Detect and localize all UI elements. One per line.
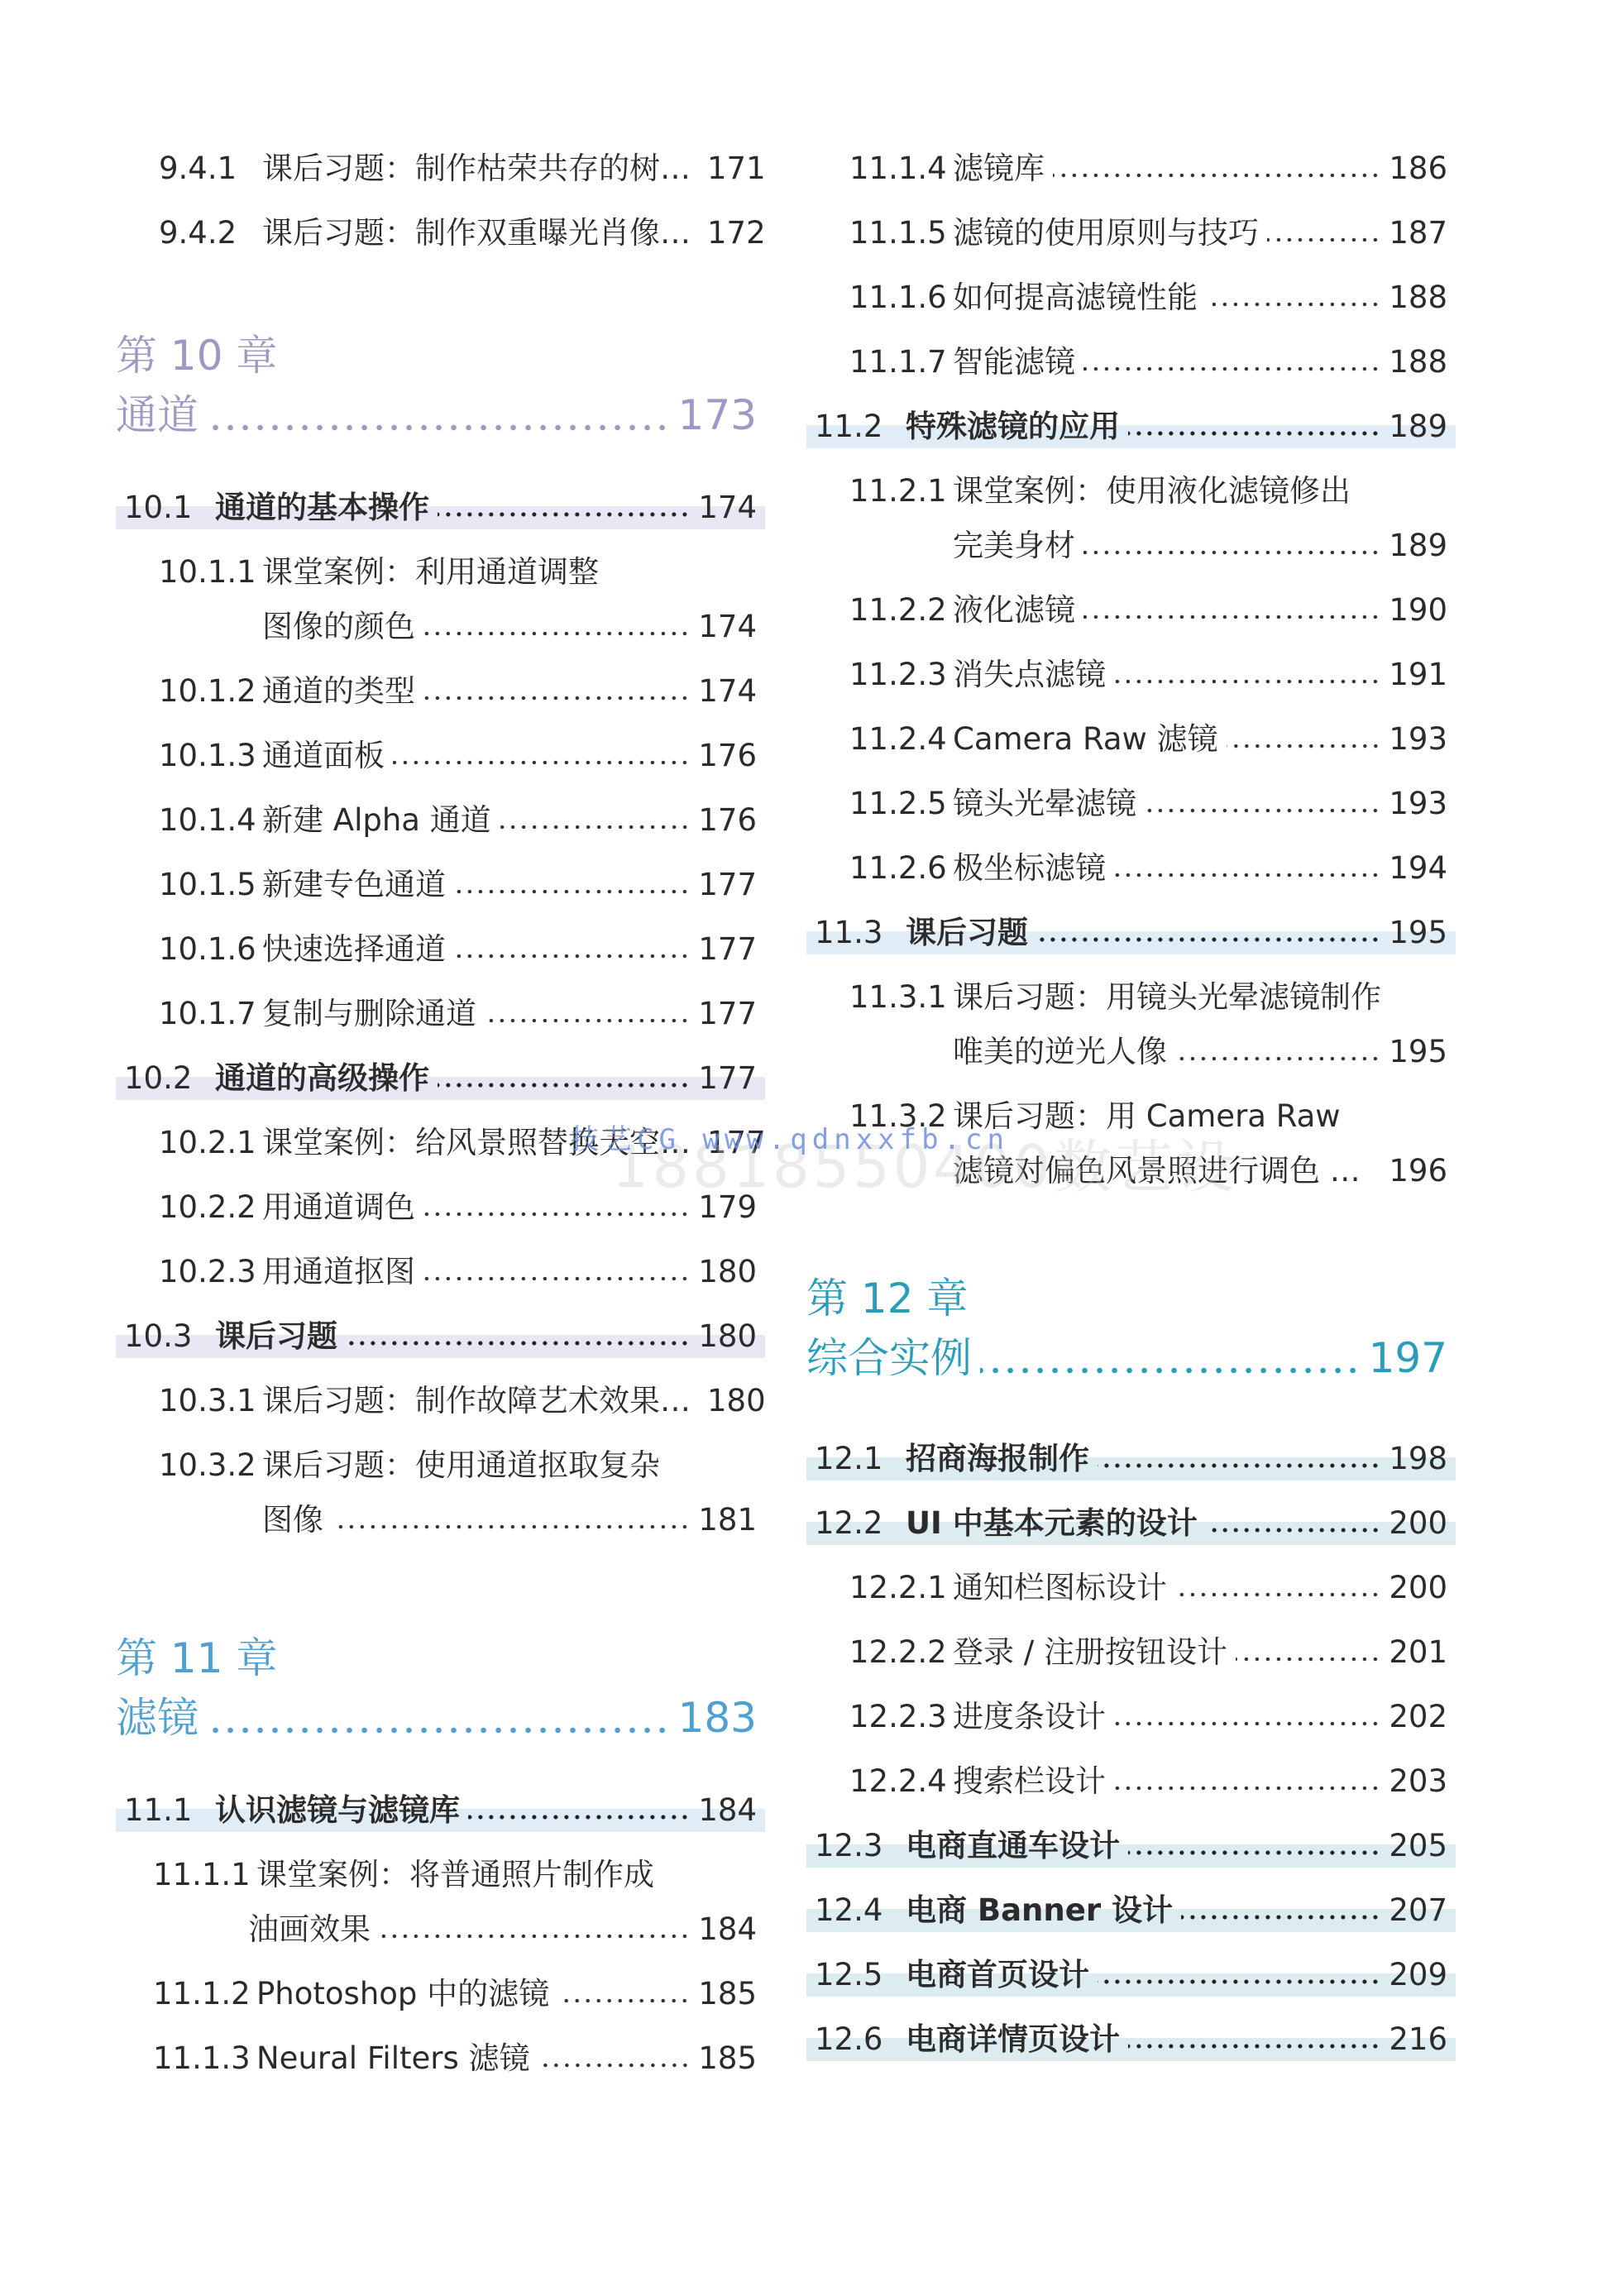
entry-page: 201 [1389,1633,1447,1672]
leader-dots [1083,614,1380,620]
leader-dots [438,1082,690,1088]
leader-dots [485,1017,690,1024]
entry-page: 177 [698,865,757,905]
leader-dots [1175,1055,1380,1062]
entry-title-cont: 完美身材 [953,526,1075,566]
toc-section-10-2[interactable]: 10.2通道的高级操作177 [116,1059,757,1123]
entry-page: 172 [707,213,766,253]
entry-number: 10.2.1 [159,1123,262,1163]
toc-section-12-5[interactable]: 12.5电商首页设计209 [806,1955,1447,2020]
section-number: 12.3 [815,1826,906,1866]
section-page: 174 [698,488,757,528]
toc-entry-11-2-3[interactable]: 11.2.3消失点滤镜191 [806,655,1447,720]
entry-title: 通道的类型 [262,672,415,711]
entry-title: 进度条设计 [953,1697,1106,1737]
section-title: 电商 Banner 设计 [906,1891,1173,1930]
leader-dots [207,1726,670,1734]
leader-dots [538,2062,691,2069]
entry-number: 11.1.2 [153,1974,256,2014]
leader-dots [423,695,690,701]
entry-page: 171 [707,149,766,189]
entry-title: 课堂案例：使用液化滤镜修出 [953,471,1351,511]
leader-dots [1098,1462,1380,1469]
section-title: 课后习题 [906,913,1028,953]
section-title: 通道的基本操作 [215,488,429,528]
entry-title: 滤镜库 [953,149,1045,189]
entry-title-cont: 图像 [262,1500,323,1540]
section-title: 特殊滤镜的应用 [906,407,1120,447]
toc-entry-9-4-2[interactable]: 9.4.2 课后习题：制作双重曝光肖像… 172 [116,213,757,278]
chapter-11-heading[interactable]: 第 11 章 滤镜 183 [116,1634,757,1749]
leader-dots [423,630,690,637]
entry-title: 滤镜的使用原则与技巧 [953,213,1259,253]
leader-dots [1128,430,1380,437]
entry-number: 9.4.2 [159,213,262,253]
toc-entry-10-1-2[interactable]: 10.1.2通道的类型174 [116,672,757,736]
entry-page: 184 [698,1910,757,1949]
chapter-label: 第 11 章 [116,1634,277,1683]
leader-dots [379,1933,690,1940]
entry-page: 176 [698,736,757,776]
entry-number: 10.3.1 [159,1381,262,1421]
leader-dots [1227,743,1381,749]
toc-section-10-1[interactable]: 10.1 通道的基本操作 174 [116,488,757,552]
section-page: 180 [698,1317,757,1356]
leader-dots [500,824,691,830]
entry-page: 195 [1389,1032,1447,1072]
chapter-title: 通道 [116,390,199,440]
toc-section-12-1[interactable]: 12.1招商海报制作198 [806,1439,1447,1504]
section-page: 198 [1389,1439,1447,1479]
watermark-text: 技艺CG www.qdnxxfb.cn [571,1117,1009,1157]
entry-number: 11.3.1 [849,978,953,1017]
section-number: 12.1 [815,1439,906,1479]
entry-page: 202 [1389,1697,1447,1737]
chapter-page: 183 [678,1693,757,1743]
section-title: 通道的高级操作 [215,1059,429,1098]
entry-page: 188 [1389,342,1447,382]
entry-title: Photoshop 中的滤镜 [256,1974,549,2014]
entry-number: 11.2.5 [849,784,953,824]
entry-page: 196 [1389,1151,1447,1191]
entry-page: 186 [1389,149,1447,189]
entry-page: 193 [1389,784,1447,824]
entry-title: 搜索栏设计 [953,1762,1106,1801]
toc-entry-10-3-1[interactable]: 10.3.1课后习题：制作故障艺术效果…180 [116,1381,757,1446]
entry-page: 177 [698,994,757,1034]
entry-page: 187 [1389,213,1447,253]
entry-page: 185 [698,2039,757,2078]
leader-dots [1114,1720,1380,1727]
leader-dots [1114,1785,1380,1791]
entry-number: 11.1.7 [849,342,953,382]
entry-title: 复制与删除通道 [262,994,476,1034]
entry-title: 课后习题：制作双重曝光肖像… [262,213,691,253]
entry-number: 10.3.2 [159,1446,262,1485]
toc-entry-11-1-6[interactable]: 11.1.6如何提高滤镜性能188 [806,278,1447,342]
section-number: 11.1 [124,1791,215,1830]
section-title: 电商直通车设计 [906,1826,1120,1866]
entry-title: 课后习题：制作故障艺术效果… [262,1381,691,1421]
entry-page: 174 [698,607,757,647]
entry-number: 9.4.1 [159,149,262,189]
toc-entry-11-2-4[interactable]: 11.2.4Camera Raw 滤镜193 [806,720,1447,784]
entry-page: 180 [707,1381,766,1421]
leader-dots [1098,1978,1380,1985]
entry-number: 10.1.1 [159,552,262,592]
leader-dots [1267,237,1380,243]
entry-number: 11.2.4 [849,720,953,759]
entry-title: 课堂案例：利用通道调整 [262,552,599,592]
leader-dots [1114,678,1380,685]
toc-entry-12-2-1[interactable]: 12.2.1通知栏图标设计200 [806,1568,1447,1633]
leader-dots [1128,2043,1380,2050]
entry-number: 10.1.5 [159,865,262,905]
entry-number: 11.1.1 [153,1855,256,1895]
entry-page: 188 [1389,278,1447,318]
entry-title: 用通道抠图 [262,1252,415,1292]
section-page: 200 [1389,1504,1447,1543]
leader-dots [1145,807,1380,814]
entry-title: 课后习题：用镜头光晕滤镜制作 [953,978,1381,1017]
toc-section-12-6[interactable]: 12.6电商详情页设计216 [806,2020,1447,2084]
toc-entry-10-1-1[interactable]: 10.1.1 课堂案例：利用通道调整 图像的颜色 174 [116,552,757,668]
leader-dots [1206,301,1380,308]
chapter-label: 第 10 章 [116,331,277,380]
toc-section-12-4[interactable]: 12.4电商 Banner 设计207 [806,1891,1447,1955]
leader-dots [1114,872,1380,878]
leader-dots [468,1814,690,1820]
leader-dots [1053,172,1380,179]
section-title: 认识滤镜与滤镜库 [215,1791,460,1830]
chapter-10-heading[interactable]: 第 10 章 通道 173 [116,331,757,447]
section-title: UI 中基本元素的设计 [906,1504,1198,1543]
toc-entry-11-2-1[interactable]: 11.2.1课堂案例：使用液化滤镜修出 完美身材189 [806,471,1447,587]
chapter-title: 滤镜 [116,1693,199,1743]
entry-title: 消失点滤镜 [953,655,1106,695]
toc-section-12-2[interactable]: 12.2UI 中基本元素的设计200 [806,1504,1447,1568]
entry-number: 11.2.2 [849,591,953,630]
entry-title-cont: 油画效果 [248,1910,371,1949]
entry-title: Camera Raw 滤镜 [953,720,1218,759]
leader-dots [1206,1527,1381,1533]
chapter-page: 197 [1369,1333,1447,1383]
toc-entry-10-1-7[interactable]: 10.1.7复制与删除通道177 [116,994,757,1059]
section-number: 10.1 [124,488,215,528]
leader-dots [454,953,690,959]
toc-entry-12-2-3[interactable]: 12.2.3进度条设计202 [806,1697,1447,1762]
entry-number: 11.2.6 [849,849,953,888]
entry-page: 190 [1389,591,1447,630]
entry-number: 11.1.4 [849,149,953,189]
toc-entry-10-3-2[interactable]: 10.3.2课后习题：使用通道抠取复杂 图像181 [116,1446,757,1562]
toc-entry-10-1-4[interactable]: 10.1.4新建 Alpha 通道176 [116,801,757,865]
chapter-page: 173 [678,390,757,440]
section-page: 209 [1389,1955,1447,1995]
entry-number: 12.2.4 [849,1762,953,1801]
entry-number: 11.1.5 [849,213,953,253]
leader-dots [1181,1914,1380,1921]
entry-title-cont: 唯美的逆光人像 [953,1032,1167,1072]
section-title: 电商详情页设计 [906,2020,1120,2059]
leader-dots [1175,1591,1380,1598]
entry-title: 新建 Alpha 通道 [262,801,491,840]
leader-dots [438,511,690,518]
leader-dots [1083,549,1380,556]
entry-page: 191 [1389,655,1447,695]
section-number: 11.2 [815,407,906,447]
entry-title: 极坐标滤镜 [953,849,1106,888]
entry-title: 通知栏图标设计 [953,1568,1167,1608]
toc-section-11-1[interactable]: 11.1认识滤镜与滤镜库184 [116,1791,757,1855]
entry-page: 193 [1389,720,1447,759]
entry-page: 176 [698,801,757,840]
chapter-12-heading[interactable]: 第 12 章 综合实例 197 [806,1274,1447,1390]
toc-entry-12-2-2[interactable]: 12.2.2登录 / 注册按钮设计201 [806,1633,1447,1697]
entry-number: 12.2.1 [849,1568,953,1608]
leader-dots [1236,1656,1380,1662]
section-title: 招商海报制作 [906,1439,1089,1479]
entry-title: 如何提高滤镜性能 [953,278,1198,318]
section-number: 12.5 [815,1955,906,1995]
entry-page: 174 [698,672,757,711]
toc-entry-11-2-5[interactable]: 11.2.5镜头光晕滤镜193 [806,784,1447,849]
leader-dots [346,1340,690,1347]
entry-title: 登录 / 注册按钮设计 [953,1633,1227,1672]
toc-entry-11-1-2[interactable]: 11.1.2Photoshop 中的滤镜185 [116,1974,757,2039]
toc-entry-12-2-4[interactable]: 12.2.4搜索栏设计203 [806,1762,1447,1826]
entry-number: 10.1.6 [159,930,262,969]
toc-entry-10-1-3[interactable]: 10.1.3通道面板176 [116,736,757,801]
leader-dots [557,1997,690,2004]
leader-dots [1083,366,1380,372]
toc-entry-10-2-3[interactable]: 10.2.3用通道抠图180 [116,1252,757,1317]
leader-dots [393,759,690,766]
chapter-label: 第 12 章 [806,1274,968,1323]
chapter-title: 综合实例 [806,1333,972,1383]
section-page: 184 [698,1791,757,1830]
toc-entry-11-2-6[interactable]: 11.2.6极坐标滤镜194 [806,849,1447,913]
leader-dots [1036,936,1380,943]
toc-entry-11-1-3[interactable]: 11.1.3Neural Filters 滤镜185 [116,2039,757,2103]
entry-number: 11.2.3 [849,655,953,695]
toc-entry-11-2-2[interactable]: 11.2.2液化滤镜190 [806,591,1447,655]
leader-dots [454,888,690,895]
entry-number: 10.1.4 [159,801,262,840]
toc-entry-10-1-6[interactable]: 10.1.6快速选择通道177 [116,930,757,994]
entry-number: 12.2.2 [849,1633,953,1672]
entry-number: 11.1.6 [849,278,953,318]
leader-dots [423,1275,690,1282]
section-number: 12.4 [815,1891,906,1930]
entry-title: 课堂案例：将普通照片制作成 [256,1855,654,1895]
section-number: 10.3 [124,1317,215,1356]
toc-entry-11-1-5[interactable]: 11.1.5滤镜的使用原则与技巧187 [806,213,1447,278]
toc-entry-11-1-4[interactable]: 11.1.4滤镜库186 [806,149,1447,213]
section-number: 10.2 [124,1059,215,1098]
toc-section-12-3[interactable]: 12.3电商直通车设计205 [806,1826,1447,1891]
section-number: 11.3 [815,913,906,953]
leader-dots [980,1366,1361,1375]
entry-page: 180 [698,1252,757,1292]
entry-title: 用通道调色 [262,1188,415,1227]
entry-title: 课后习题：使用通道抠取复杂 [262,1446,660,1485]
toc-section-10-3[interactable]: 10.3课后习题180 [116,1317,757,1381]
entry-page: 203 [1389,1762,1447,1801]
toc-entry-11-3-1[interactable]: 11.3.1课后习题：用镜头光晕滤镜制作 唯美的逆光人像195 [806,978,1447,1093]
entry-title: 智能滤镜 [953,342,1075,382]
entry-number: 10.1.7 [159,994,262,1034]
section-number: 12.6 [815,2020,906,2059]
entry-page: 194 [1389,849,1447,888]
section-page: 189 [1389,407,1447,447]
entry-number: 10.2.3 [159,1252,262,1292]
leader-dots [1128,1849,1380,1856]
entry-number: 11.2.1 [849,471,953,511]
section-page: 195 [1389,913,1447,953]
toc-entry-11-1-7[interactable]: 11.1.7智能滤镜188 [806,342,1447,407]
leader-dots [207,423,670,432]
toc-section-11-2[interactable]: 11.2特殊滤镜的应用189 [806,407,1447,471]
entry-page: 200 [1389,1568,1447,1608]
section-page: 207 [1389,1891,1447,1930]
entry-title: 液化滤镜 [953,591,1075,630]
entry-title: 快速选择通道 [262,930,446,969]
entry-page: 177 [698,930,757,969]
section-page: 205 [1389,1826,1447,1866]
section-title: 课后习题 [215,1317,337,1356]
entry-number: 12.2.3 [849,1697,953,1737]
leader-dots [423,1211,690,1217]
section-page: 177 [698,1059,757,1098]
entry-number: 10.1.2 [159,672,262,711]
entry-title: 通道面板 [262,736,385,776]
entry-number: 10.1.3 [159,736,262,776]
entry-title: 新建专色通道 [262,865,446,905]
toc-entry-9-4-1[interactable]: 9.4.1 课后习题：制作枯荣共存的树… 171 [116,149,757,213]
entry-title: 课后习题：制作枯荣共存的树… [262,149,691,189]
entry-page: 189 [1389,526,1447,566]
toc-entry-11-1-1[interactable]: 11.1.1课堂案例：将普通照片制作成 油画效果184 [116,1855,757,1971]
toc-entry-10-1-5[interactable]: 10.1.5新建专色通道177 [116,865,757,930]
section-title: 电商首页设计 [906,1955,1089,1995]
section-page: 216 [1389,2020,1447,2059]
entry-number: 10.2.2 [159,1188,262,1227]
entry-number: 11.1.3 [153,2039,256,2078]
entry-title-cont: 图像的颜色 [262,607,415,647]
entry-title: 镜头光晕滤镜 [953,784,1136,824]
section-number: 12.2 [815,1504,906,1543]
entry-page: 181 [698,1500,757,1540]
entry-title: Neural Filters 滤镜 [256,2039,530,2078]
leader-dots [332,1523,690,1530]
entry-page: 185 [698,1974,757,2014]
toc-section-11-3[interactable]: 11.3课后习题195 [806,913,1447,978]
